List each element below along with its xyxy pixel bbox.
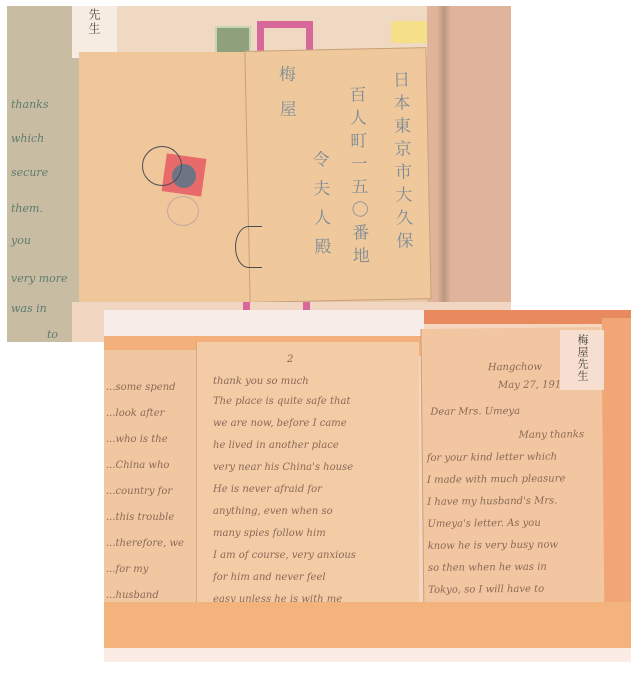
postmark-faint-icon bbox=[167, 196, 199, 226]
address-line: 日本東京市大久保 bbox=[387, 70, 416, 254]
orange-envelope-edge bbox=[424, 310, 631, 324]
right-folder-edge bbox=[427, 6, 511, 342]
name-card-text: 先生 bbox=[86, 8, 103, 36]
handwriting-line: I have my husband's Mrs. bbox=[427, 496, 557, 508]
handwriting-line: He is never afraid for bbox=[213, 484, 322, 495]
handwriting-line: very near his China's house bbox=[213, 462, 353, 473]
letter-page-left: ...some spend ...look after ...who is th… bbox=[104, 350, 196, 612]
handwriting-line: for your kind letter which bbox=[427, 452, 557, 464]
bottom-photograph: ...some spend ...look after ...who is th… bbox=[104, 310, 631, 662]
handwriting-line: so then when he was in bbox=[428, 562, 547, 574]
handwriting-line: The place is quite safe that bbox=[213, 396, 350, 407]
handwriting-line: ...some spend bbox=[106, 382, 176, 393]
handwriting-line: many spies follow him bbox=[213, 528, 326, 539]
handwriting-line: we are now, before I came bbox=[213, 418, 347, 429]
handwriting-line: was in bbox=[11, 302, 47, 315]
handwriting-line: them. bbox=[11, 202, 43, 215]
handwriting-line: ...therefore, we bbox=[106, 538, 184, 549]
top-photograph: thanks which secure them. you very more … bbox=[7, 6, 511, 342]
yellow-tag bbox=[391, 21, 431, 43]
handwriting-line: ...who is the bbox=[106, 434, 168, 445]
handwriting-line: thank you so much bbox=[213, 376, 309, 387]
handwriting-line: Umeya's letter. As you bbox=[427, 518, 540, 530]
letter-date: May 27, 1916 bbox=[498, 379, 568, 391]
bottom-edge bbox=[104, 648, 631, 662]
letter-salutation: Dear Mrs. Umeya bbox=[430, 406, 520, 418]
letter-place: Hangchow bbox=[488, 362, 542, 374]
handwriting-line: ...China who bbox=[106, 460, 169, 471]
handwriting-line: he lived in another place bbox=[213, 440, 339, 451]
handwriting-line: I made with much pleasure bbox=[427, 473, 565, 485]
envelope-front: 日本東京市大久保 百人町一五〇番地 梅屋 令夫人殿 bbox=[244, 47, 431, 303]
handwriting-line: Tokyo, so I will have to bbox=[428, 584, 544, 596]
letter-page-middle: 2 thank you so much The place is quite s… bbox=[196, 342, 419, 612]
label-card-text: 梅屋先生 bbox=[574, 334, 590, 382]
handwriting-line: secure bbox=[11, 166, 48, 179]
handwriting-line: very more bbox=[11, 272, 68, 285]
label-card: 梅屋先生 bbox=[560, 330, 604, 390]
handwriting-line: know he is very busy now bbox=[428, 540, 558, 552]
postmark-edge-icon bbox=[235, 226, 262, 268]
recipient-surname: 梅屋 bbox=[273, 65, 299, 136]
handwriting-line: for him and never feel bbox=[213, 572, 326, 583]
handwriting-line: anything, even when so bbox=[213, 506, 333, 517]
handwriting-line: ...look after bbox=[106, 408, 164, 419]
handwriting-line: Many thanks bbox=[518, 429, 584, 441]
postmark-icon bbox=[142, 146, 182, 186]
handwriting-line: thanks bbox=[11, 98, 48, 111]
address-line: 百人町一五〇番地 bbox=[343, 85, 372, 269]
handwriting-line: you bbox=[11, 234, 31, 247]
white-gap bbox=[104, 310, 424, 336]
handwriting-line: ...for my bbox=[106, 564, 148, 575]
handwriting-line: which bbox=[11, 132, 44, 145]
handwriting-line: I am of course, very anxious bbox=[213, 550, 356, 561]
left-letter-sheet: thanks which secure them. you very more … bbox=[7, 6, 82, 342]
page-number: 2 bbox=[287, 354, 293, 365]
orange-folder-edge bbox=[602, 318, 631, 648]
recipient-title: 令夫人殿 bbox=[306, 150, 333, 266]
handwriting-line: to bbox=[47, 328, 58, 341]
handwriting-line: ...country for bbox=[106, 486, 172, 497]
name-card: 先生 bbox=[72, 6, 117, 58]
handwriting-line: ...this trouble bbox=[106, 512, 174, 523]
handwriting-line: ...husband bbox=[106, 590, 159, 601]
folded-flap bbox=[104, 602, 631, 650]
